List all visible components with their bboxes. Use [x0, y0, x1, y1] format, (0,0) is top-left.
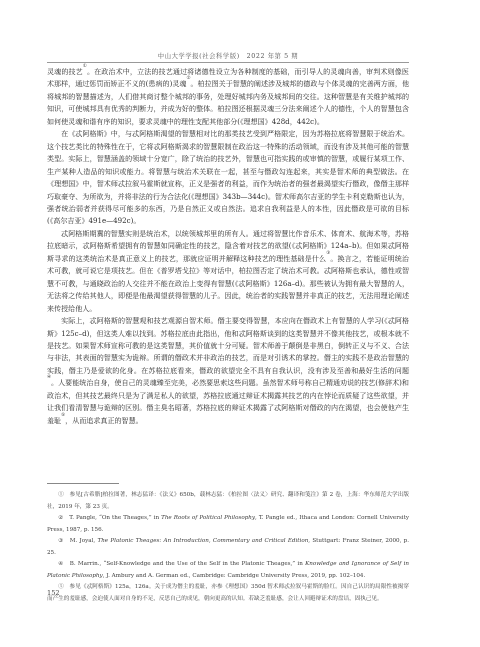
footnote-marker[interactable]: ① [83, 64, 87, 69]
footnote: ④ B. Marrin., “Self-Knowledge and the Us… [47, 559, 409, 582]
page-number: 152 [47, 589, 60, 597]
footnote-marker[interactable]: ⑤ [61, 413, 65, 418]
footnote-rule [47, 483, 119, 484]
paragraph: 在《忒阿格斯》中，与忒阿格斯渴望的智慧相对比的那类技艺受到严格限定，因为苏格拉底… [47, 128, 409, 228]
footnote: ⑤ 参见《忒阿格斯》125a，126a。关于成为僭主的羞耻，亦参《理想国》350… [47, 582, 409, 605]
header-rule [47, 62, 409, 63]
footnotes: ① 参见[古希腊]柏拉图著，林志猛译：《法义》650b，载林志猛：《柏拉图〈法义… [47, 490, 409, 605]
footnote: ② T. Pangle, “On the Theages,” in The Ro… [47, 513, 409, 536]
paragraph: 实际上，忒阿格斯的智慧观和技艺观源自智术师。僭主要变得智慧，本应向在僭政术上有智… [47, 315, 409, 427]
paragraph: 忒阿格斯期冀的智慧实则是统治术，以统领城邦里的所有人。通过将智慧比作音乐术、体育… [47, 228, 409, 315]
footnote: ③ M. Joyal, The Platonic Theages: An Int… [47, 536, 409, 559]
body-text: 灵魂的技艺①。在政治术中，立法的技艺通过将诸德性设立为各种制度的基础，而引导人的… [47, 66, 409, 427]
running-header: 中山大学学报(社会科学版) 2022 年第 5 期 [47, 51, 409, 60]
footnote: ① 参见[古希腊]柏拉图著，林志猛译：《法义》650b，载林志猛：《柏拉图〈法义… [47, 490, 409, 513]
footnote-marker[interactable]: ③ [326, 251, 330, 256]
paragraph: 灵魂的技艺①。在政治术中，立法的技艺通过将诸德性设立为各种制度的基础，而引导人的… [47, 66, 409, 128]
footnote-marker[interactable]: ② [186, 76, 190, 81]
footnote-marker[interactable]: ④ [47, 375, 51, 380]
